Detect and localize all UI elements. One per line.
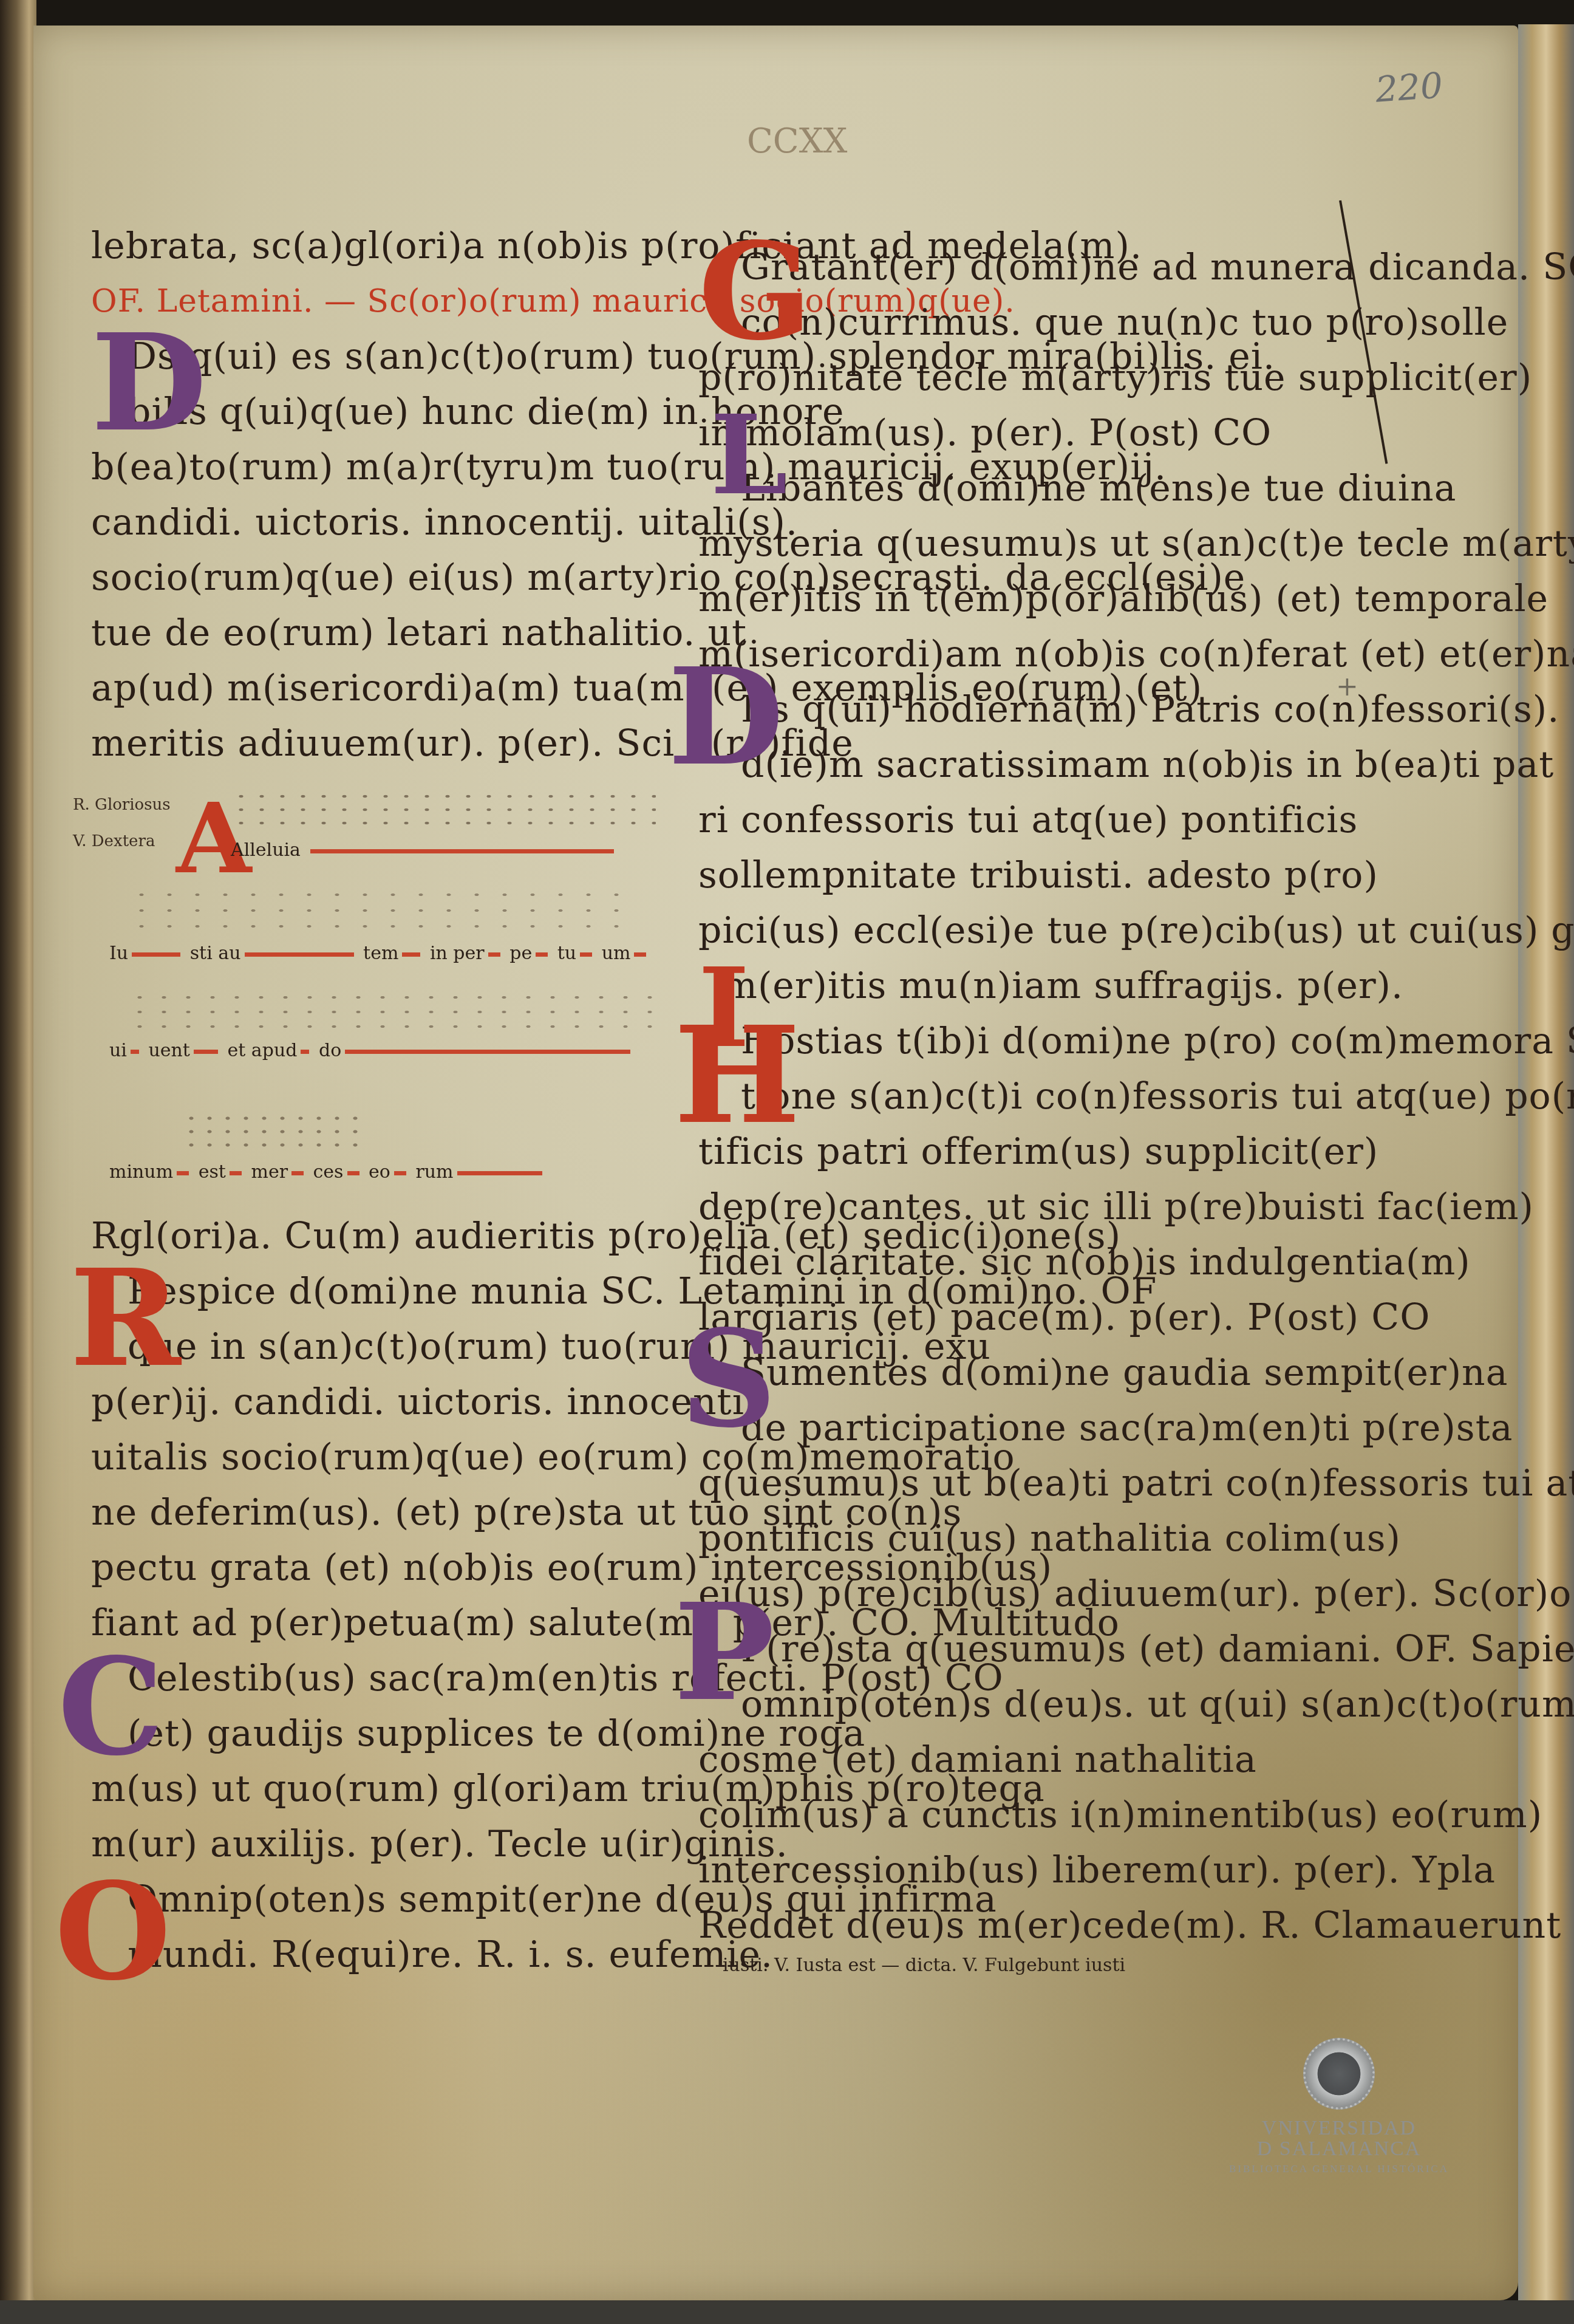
syllable: au [218,943,240,964]
syllable: tem [363,943,398,964]
initial-h-red: H [674,1014,800,1136]
chant-block: R. Gloriosus V. Dextera A Alleluia Iu st… [91,771,668,1209]
text-line: dep(re)cantes. ut sic illi p(re)buisti f… [698,1180,1293,1235]
modern-folio-number: 220 [1374,64,1444,111]
text-line: d(ie)m sacratissimam n(ob)is in b(ea)ti … [698,737,1293,793]
syllable: rum [415,1161,453,1183]
university-seal-icon [1303,2038,1375,2110]
rubric-gloss: V. Dextera [73,832,155,850]
text-line: cosme (et) damiani nathalitia [698,1732,1293,1788]
scan-background [0,2300,1574,2324]
text-line: m(er)itis in t(em)p(or)alib(us) (et) tem… [698,572,1293,627]
text-line: colim(us) a cunctis i(n)minentib(us) eo(… [698,1788,1293,1843]
text-line: Reddet d(eu)s m(er)cede(m). R. Clamaueru… [698,1898,1293,1953]
roman-foliation: CCXX [747,121,847,161]
chant-word: Alleluia [231,839,301,861]
syllable: Iu [109,943,128,964]
neumes [182,1112,364,1154]
initial-c-purple: C [58,1646,164,1768]
text-line: fidei claritate. sic n(ob)is indulgentia… [698,1235,1293,1290]
text-line: pontificis cui(us) nathalitia colim(us) [698,1511,1293,1567]
text-line: Celestib(us) sac(ra)m(en)tis refecti. P(… [91,1651,668,1706]
text-line: uitalis socio(rum)q(ue) eo(rum) co(m)mem… [91,1430,668,1485]
syllable: mer [251,1161,288,1183]
syllable: et apud [227,1040,297,1061]
logo-text-line1: VNIVERSIDAD [1205,2117,1473,2140]
syllable: sti [190,943,213,964]
text-line: m(ur) auxilijs. p(er). Tecle u(ir)ginis. [91,1817,668,1872]
text-line: largiaris (et) pace(m). p(er). P(ost) CO [698,1290,1293,1345]
syllable: uent [148,1040,189,1061]
neumes [128,887,625,935]
text-line: ei(us) p(re)cib(us) adiuuem(ur). p(er). … [698,1567,1293,1622]
library-logo: VNIVERSIDAD D SALAMANCA BIBLIOTECA GENER… [1205,2038,1473,2175]
text-line: ne deferim(us). (et) p(re)sta ut tuo sin… [91,1485,668,1540]
text-line: de participatione sac(ra)m(en)ti p(re)st… [698,1401,1293,1456]
chant-syllables: minum est mer ces eo rum [109,1160,546,1184]
initial-l-purple: L [710,395,788,516]
left-column: lebrata, sc(a)gl(ori)a n(ob)is p(ro)fici… [91,219,668,1983]
text-line: tue de eo(rum) letari nathalitio. ut [91,606,668,661]
text-line: ap(ud) m(isericordi)a(m) tua(m) (et) exe… [91,661,668,716]
rubric-gloss: R. Gloriosus [73,796,171,814]
neumes [128,990,662,1033]
syllable: um [602,943,631,964]
text-line: Omnip(oten)s sempit(er)ne d(eu)s qui inf… [91,1872,668,1927]
text-line: intercessionib(us) liberem(ur). p(er). Y… [698,1843,1293,1898]
syllable: ces [313,1161,344,1183]
syllable: in per [430,943,485,964]
text-line: mundi. R(equi)re. R. i. s. eufemie. [91,1927,668,1983]
initial-d-purple: D [91,322,207,443]
syllable: pe [509,943,532,964]
logo-text-line3: BIBLIOTECA GENERAL HISTÓRICA [1205,2163,1473,2175]
text-line: Libantes d(omi)ne m(ens)e tue diuina [698,461,1293,516]
syllable: minum [109,1161,173,1183]
chant-syllables: ui uent et apud do [109,1039,634,1063]
text-line: candidi. uictoris. innocentij. uitali(s)… [91,495,668,550]
text-line: omnip(oten)s d(eu)s. ut q(ui) s(an)c(t)o… [698,1677,1293,1732]
text-line: socio(rum)q(ue) ei(us) m(arty)rio co(n)s… [91,550,668,606]
syllable: eo [369,1161,390,1183]
neumes [231,790,656,832]
initial-d-purple: D [668,656,784,778]
text-line: pectu grata (et) n(ob)is eo(rum) interce… [91,1540,668,1596]
chant-syllables: Alleluia [231,838,618,863]
syllable: tu [557,943,576,964]
logo-text-line2: D SALAMANCA [1205,2138,1473,2161]
initial-p-purple: P [674,1591,774,1713]
chant-syllables: Iu sti au tem in per pe tu um [109,942,650,966]
text-line: q(uesumu)s ut b(ea)ti patri co(n)fessori… [698,1456,1293,1511]
syllable: do [319,1040,341,1061]
initial-s-purple: S [680,1318,777,1440]
text-line: immolam(us). p(er). P(ost) CO [698,406,1293,461]
text-line: meritis adiuuem(ur). p(er). Sci p(ro)fid… [91,716,668,771]
text-line: Ds q(ui) hodierna(m) Patris co(n)fessori… [698,682,1293,737]
syllable: est [199,1161,226,1183]
initial-o-red: O [55,1871,171,1992]
text-line: fiant ad p(er)petua(m) salute(m). p(er).… [91,1596,668,1651]
text-line: Sumentes d(omi)ne gaudia sempit(er)na [698,1345,1293,1401]
text-line: m(us) ut quo(rum) gl(ori)am triu(m)phis … [91,1762,668,1817]
chant-line: iusti. V. Iusta est — dicta. V. Fulgebun… [698,1953,1293,1978]
initial-g-red: G [698,231,813,352]
text-line: sollempnitate tribuisti. adesto p(ro) [698,848,1293,903]
text-line: (et) gaudijs supplices te d(omi)ne roga [91,1706,668,1762]
left-page-edge [0,0,36,2324]
text-line: ri confessoris tui atq(ue) pontificis [698,793,1293,848]
text-line: pici(us) eccl(esi)e tue p(re)cib(us) ut … [698,903,1293,959]
text-line: lebrata, sc(a)gl(ori)a n(ob)is p(ro)fici… [91,219,668,274]
initial-r-red: R [70,1257,181,1379]
syllable: ui [109,1040,127,1061]
text-line: P(re)sta q(uesumu)s (et) damiani. OF. Sa… [698,1622,1293,1677]
text-line: m(isericordi)am n(ob)is co(n)ferat (et) … [698,627,1293,682]
text-line: mysteria q(uesumu)s ut s(an)c(t)e tecle … [698,516,1293,572]
